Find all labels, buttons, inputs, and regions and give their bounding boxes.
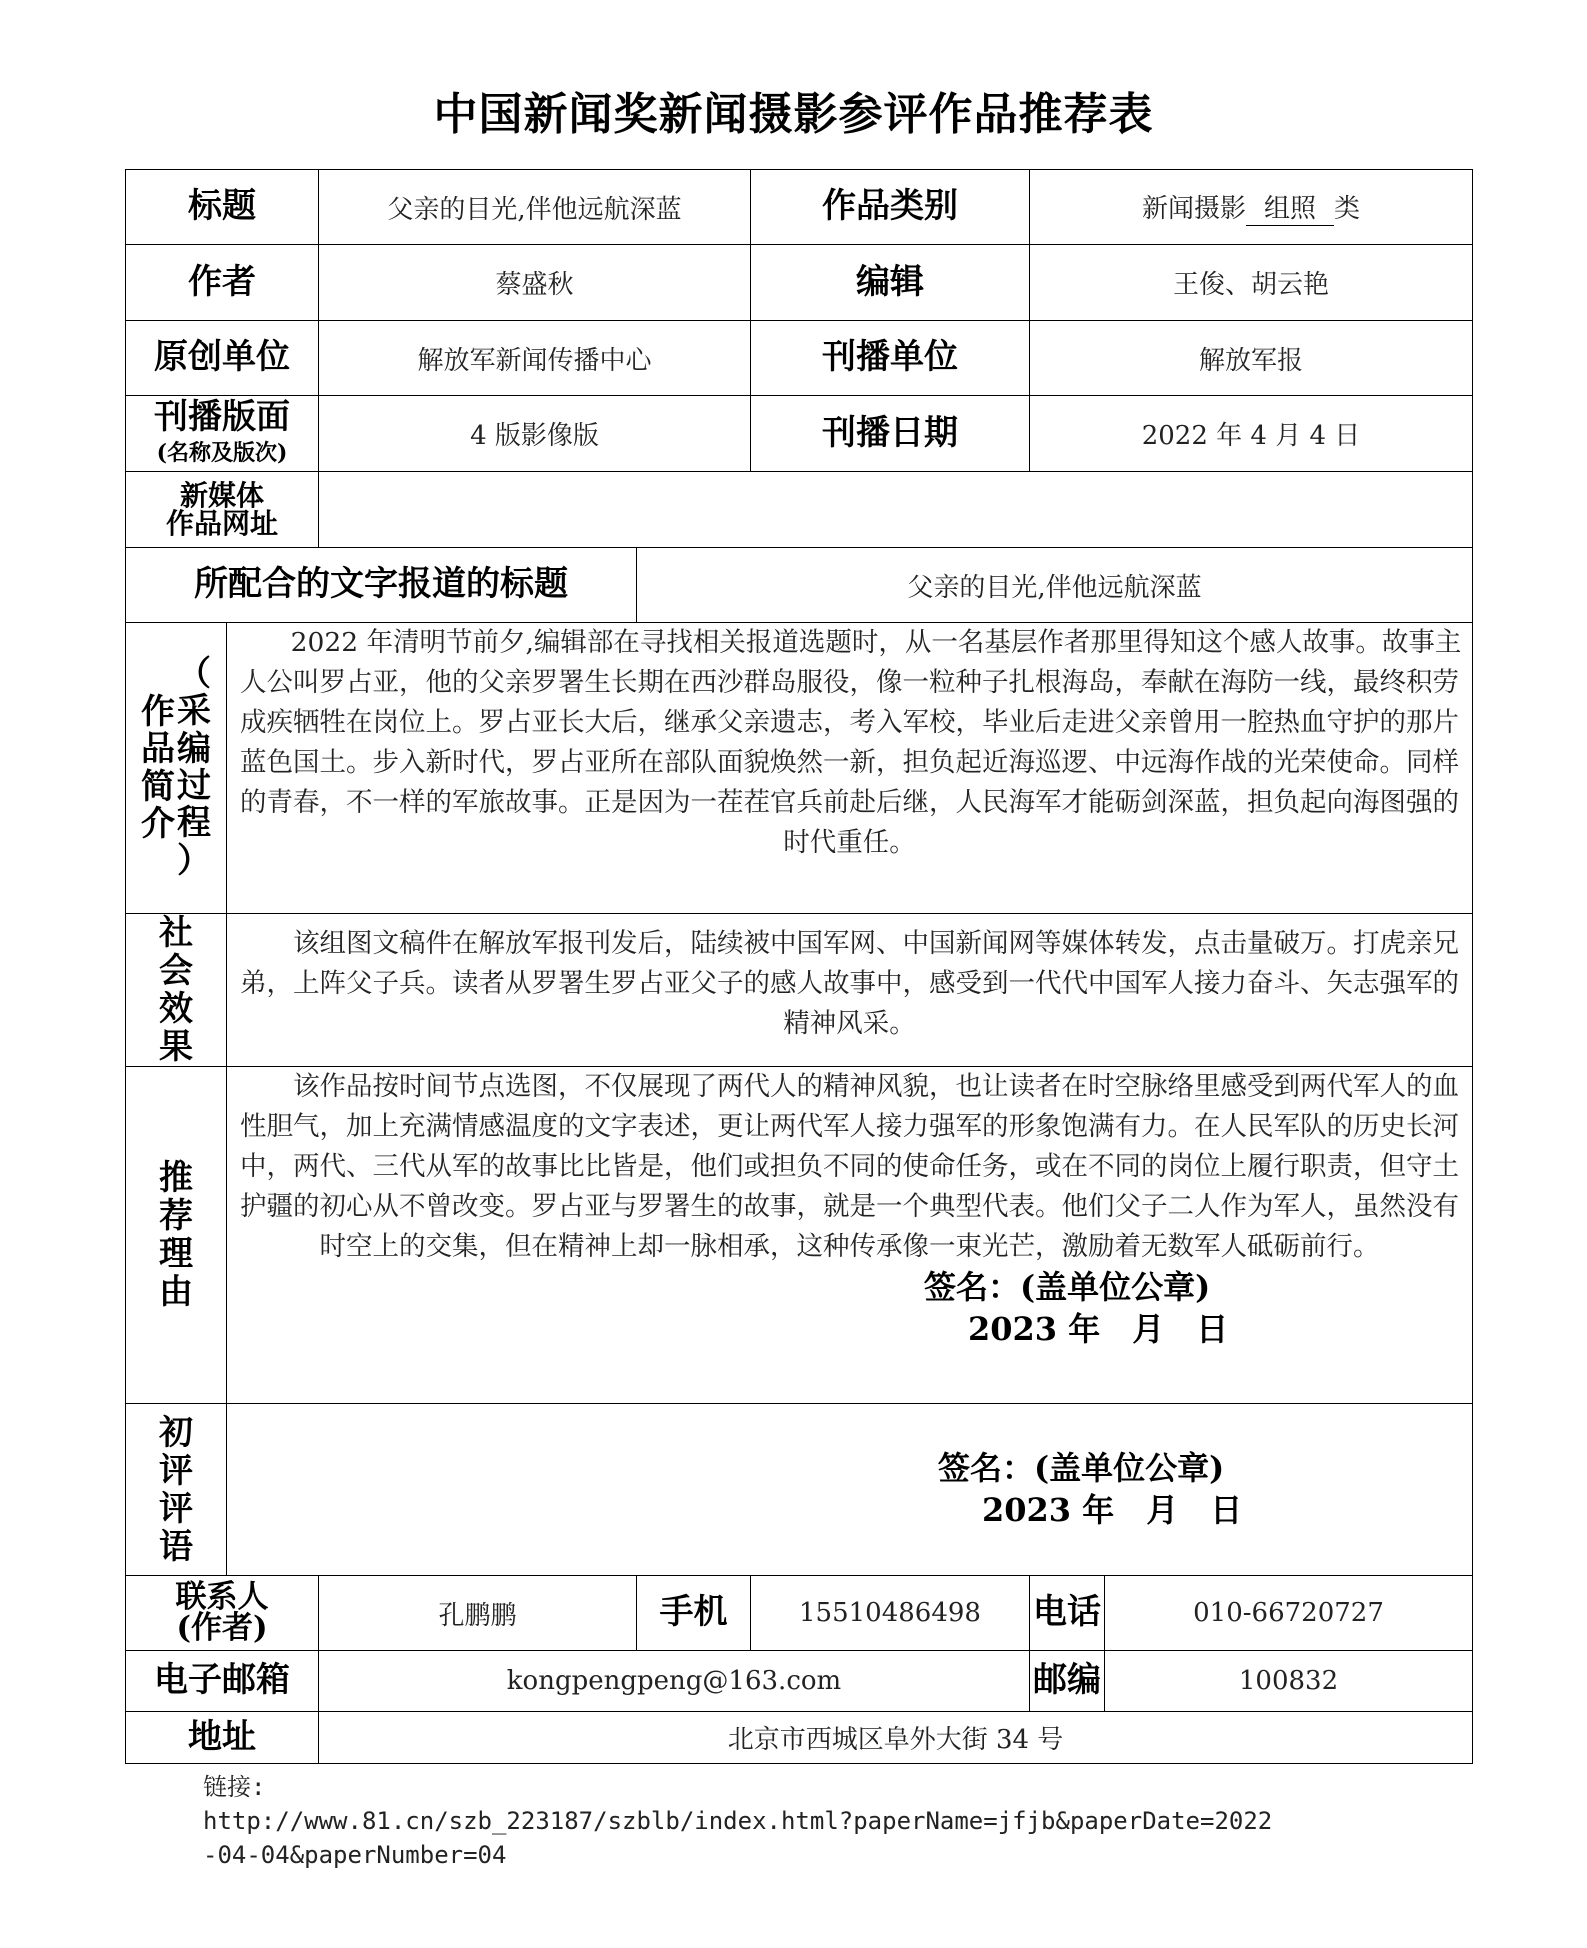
- contact-label-line1: 联系人: [126, 1582, 318, 1613]
- author-value: 蔡盛秋: [319, 245, 751, 321]
- reason-text-cell: 该作品按时间节点选图，不仅展现了两代人的精神风貌，也让读者在时空脉络里感受到两代…: [227, 1067, 1473, 1404]
- title-value: 父亲的目光,伴他远航深蓝: [319, 170, 751, 245]
- category-prefix: 新闻摄影: [1142, 194, 1246, 224]
- publisher-label: 刊播单位: [751, 321, 1030, 396]
- editor-label: 编辑: [751, 245, 1030, 321]
- row-contact: 联系人 (作者) 孔鹏鹏 手机 15510486498 电话 010-66720…: [126, 1576, 1473, 1651]
- review-label: 初 评 评 语: [126, 1404, 227, 1576]
- row-title: 标题 父亲的目光,伴他远航深蓝 作品类别 新闻摄影组照类: [126, 170, 1473, 245]
- process-text-cell: 2022 年清明节前夕,编辑部在寻找相关报道选题时，从一名基层作者那里得知这个感…: [227, 623, 1473, 914]
- link-url-line1[interactable]: http://www.81.cn/szb_223187/szblb/index.…: [203, 1804, 1272, 1838]
- footer-link-block: 链接: http://www.81.cn/szb_223187/szblb/in…: [203, 1770, 1272, 1872]
- row-review: 初 评 评 语 签名：(盖单位公章) 2023 年 月 日: [126, 1404, 1473, 1576]
- editor-value: 王俊、胡云艳: [1030, 245, 1473, 321]
- mobile-label: 手机: [637, 1576, 751, 1651]
- date-label: 刊播日期: [751, 396, 1030, 472]
- review-sign-label: 签名：(盖单位公章): [938, 1448, 1224, 1488]
- mobile-value: 15510486498: [751, 1576, 1030, 1651]
- row-address: 地址 北京市西城区阜外大街 34 号: [126, 1712, 1473, 1764]
- category-suffix: 类: [1334, 194, 1360, 224]
- recommendation-form-table: 标题 父亲的目光,伴他远航深蓝 作品类别 新闻摄影组照类 作者 蔡盛秋 编辑 王…: [125, 169, 1473, 1764]
- row-newmedia: 新媒体 作品网址: [126, 472, 1473, 548]
- page-title: 中国新闻奖新闻摄影参评作品推荐表: [0, 78, 1587, 142]
- row-text-report: 所配合的文字报道的标题 父亲的目光,伴他远航深蓝: [126, 548, 1473, 623]
- email-label: 电子邮箱: [126, 1651, 319, 1712]
- process-label: （ 采 编 过 程 ） 作 品 简 介: [126, 623, 227, 914]
- page-label: 刊播版面 (名称及版次): [126, 396, 319, 472]
- review-sign-date: 2023 年 月 日: [982, 1490, 1242, 1530]
- row-social: 社 会 效 果 该组图文稿件在解放军报刊发后，陆续被中国军网、中国新闻网等媒体转…: [126, 914, 1473, 1067]
- text-report-value: 父亲的目光,伴他远航深蓝: [637, 548, 1473, 623]
- process-label-vertical: （ 采 编 过 程 ） 作 品 简 介: [141, 656, 211, 880]
- origin-unit-label: 原创单位: [126, 321, 319, 396]
- category-label: 作品类别: [751, 170, 1030, 245]
- page-label-main: 刊播版面: [154, 397, 290, 437]
- social-label: 社 会 效 果: [126, 914, 227, 1067]
- row-units: 原创单位 解放军新闻传播中心 刊播单位 解放军报: [126, 321, 1473, 396]
- phone-value: 010-66720727: [1105, 1576, 1473, 1651]
- row-email: 电子邮箱 kongpengpeng@163.com 邮编 100832: [126, 1651, 1473, 1712]
- row-author: 作者 蔡盛秋 编辑 王俊、胡云艳: [126, 245, 1473, 321]
- newmedia-value: [319, 472, 1473, 548]
- newmedia-label-line1: 新媒体: [126, 482, 318, 510]
- reason-signature: 签名：(盖单位公章) 2023 年 月 日: [227, 1267, 1472, 1357]
- newmedia-label-line2: 作品网址: [126, 510, 318, 538]
- address-label: 地址: [126, 1712, 319, 1764]
- email-value: kongpengpeng@163.com: [319, 1651, 1030, 1712]
- reason-sign-label: 签名：(盖单位公章): [924, 1267, 1210, 1307]
- row-reason: 推 荐 理 由 该作品按时间节点选图，不仅展现了两代人的精神风貌，也让读者在时空…: [126, 1067, 1473, 1404]
- process-label-col1: 作 品 简 介: [141, 656, 175, 844]
- address-value: 北京市西城区阜外大街 34 号: [319, 1712, 1473, 1764]
- social-text-cell: 该组图文稿件在解放军报刊发后，陆续被中国军网、中国新闻网等媒体转发，点击量破万。…: [227, 914, 1473, 1067]
- link-label: 链接:: [203, 1770, 1272, 1804]
- review-label-vertical: 初 评 评 语: [126, 1414, 226, 1566]
- title-label: 标题: [126, 170, 319, 245]
- category-value: 组照: [1246, 188, 1334, 226]
- reason-label-vertical: 推 荐 理 由: [126, 1159, 226, 1311]
- process-text: 2022 年清明节前夕,编辑部在寻找相关报道选题时，从一名基层作者那里得知这个感…: [227, 623, 1472, 863]
- text-report-label: 所配合的文字报道的标题: [126, 548, 637, 623]
- author-label: 作者: [126, 245, 319, 321]
- newmedia-label: 新媒体 作品网址: [126, 472, 319, 548]
- contact-label-line2: (作者): [126, 1613, 318, 1644]
- social-label-vertical: 社 会 效 果: [126, 914, 226, 1066]
- date-value: 2022 年 4 月 4 日: [1030, 396, 1473, 472]
- reason-sign-date: 2023 年 月 日: [968, 1309, 1228, 1349]
- postcode-value: 100832: [1105, 1651, 1473, 1712]
- row-process: （ 采 编 过 程 ） 作 品 简 介 2022 年清明节前夕,编辑部在寻找相关…: [126, 623, 1473, 914]
- postcode-label: 邮编: [1030, 1651, 1105, 1712]
- contact-label: 联系人 (作者): [126, 1576, 319, 1651]
- phone-label: 电话: [1030, 1576, 1105, 1651]
- social-text: 该组图文稿件在解放军报刊发后，陆续被中国军网、中国新闻网等媒体转发，点击量破万。…: [227, 924, 1472, 1044]
- reason-label: 推 荐 理 由: [126, 1067, 227, 1404]
- link-url-line2[interactable]: -04-04&paperNumber=04: [203, 1838, 1272, 1872]
- reason-text: 该作品按时间节点选图，不仅展现了两代人的精神风貌，也让读者在时空脉络里感受到两代…: [227, 1067, 1472, 1267]
- page-label-sub: (名称及版次): [126, 436, 318, 467]
- review-text-cell: 签名：(盖单位公章) 2023 年 月 日: [227, 1404, 1473, 1576]
- review-signature: 签名：(盖单位公章) 2023 年 月 日: [241, 1448, 1458, 1538]
- origin-unit-value: 解放军新闻传播中心: [319, 321, 751, 396]
- row-page-date: 刊播版面 (名称及版次) 4 版影像版 刊播日期 2022 年 4 月 4 日: [126, 396, 1473, 472]
- contact-value: 孔鹏鹏: [319, 1576, 637, 1651]
- category-value-cell: 新闻摄影组照类: [1030, 170, 1473, 245]
- publisher-value: 解放军报: [1030, 321, 1473, 396]
- page-value: 4 版影像版: [319, 396, 751, 472]
- process-label-col2: （ 采 编 过 程 ）: [177, 656, 211, 880]
